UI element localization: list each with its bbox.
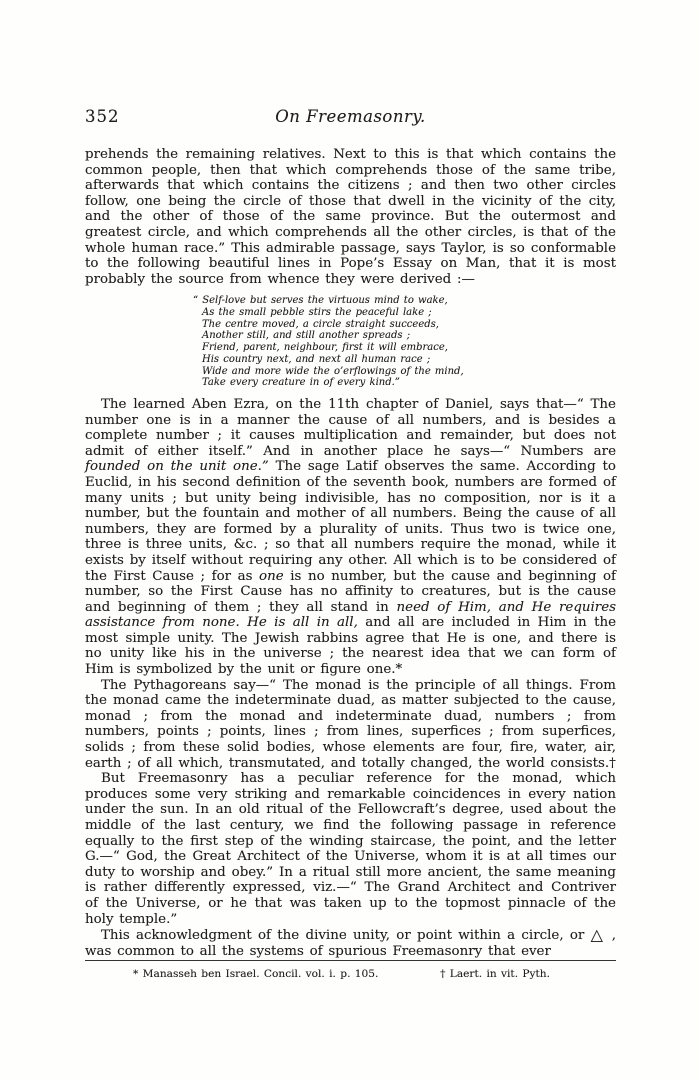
text-segment: one	[259, 569, 284, 584]
verse-line: Wide and more wide the o’erflowings of t…	[193, 366, 616, 378]
running-head: 352 On Freemasonry.	[85, 107, 616, 129]
page-number: 352	[85, 107, 120, 126]
text-segment: The learned Aben Ezra, on the 11th chapt…	[85, 397, 616, 459]
verse-line: The centre moved, a circle straight succ…	[193, 319, 616, 331]
text-segment: But Freemasonry has a peculiar reference…	[85, 771, 616, 926]
footnotes: * Manasseh ben Israel. Concil. vol. i. p…	[85, 968, 616, 981]
text-column: 352 On Freemasonry. prehends the remaini…	[85, 107, 616, 959]
paragraph: The Pythagoreans say—“ The monad is the …	[85, 678, 616, 772]
paragraph: This acknowledgment of the divine unity,…	[85, 927, 616, 959]
text-segment: founded on the unit one.”	[85, 459, 269, 474]
paragraph: But Freemasonry has a peculiar reference…	[85, 771, 616, 927]
footnote-left: * Manasseh ben Israel. Concil. vol. i. p…	[133, 968, 378, 981]
running-title: On Freemasonry.	[85, 107, 616, 126]
triangle-symbol: △	[591, 925, 606, 944]
text-segment: The Pythagoreans say—“ The monad is the …	[85, 678, 616, 771]
text-segment: prehends the remaining relatives. Next t…	[85, 147, 616, 287]
verse-line: Take every creature in of every kind.”	[193, 377, 616, 389]
text-segment: The sage Latif observes the same. Accord…	[85, 459, 616, 583]
footnote-rule	[85, 960, 616, 961]
paragraph: The learned Aben Ezra, on the 11th chapt…	[85, 397, 616, 678]
verse-line: Friend, parent, neighbour, first it will…	[193, 342, 616, 354]
book-page: 352 On Freemasonry. prehends the remaini…	[0, 0, 699, 1080]
footnote-area: * Manasseh ben Israel. Concil. vol. i. p…	[85, 960, 616, 981]
paragraph: prehends the remaining relatives. Next t…	[85, 147, 616, 287]
body-text: prehends the remaining relatives. Next t…	[85, 147, 616, 959]
footnote-right: † Laert. in vit. Pyth.	[440, 968, 550, 981]
verse-line: Another still, and still another spreads…	[193, 330, 616, 342]
text-segment: This acknowledgment of the divine unity,…	[101, 928, 591, 943]
verse-line: As the small pebble stirs the peaceful l…	[193, 307, 616, 319]
verse-line: His country next, and next all human rac…	[193, 354, 616, 366]
verse-quotation: “ Self-love but serves the virtuous mind…	[193, 295, 616, 389]
verse-line: “ Self-love but serves the virtuous mind…	[193, 295, 616, 307]
